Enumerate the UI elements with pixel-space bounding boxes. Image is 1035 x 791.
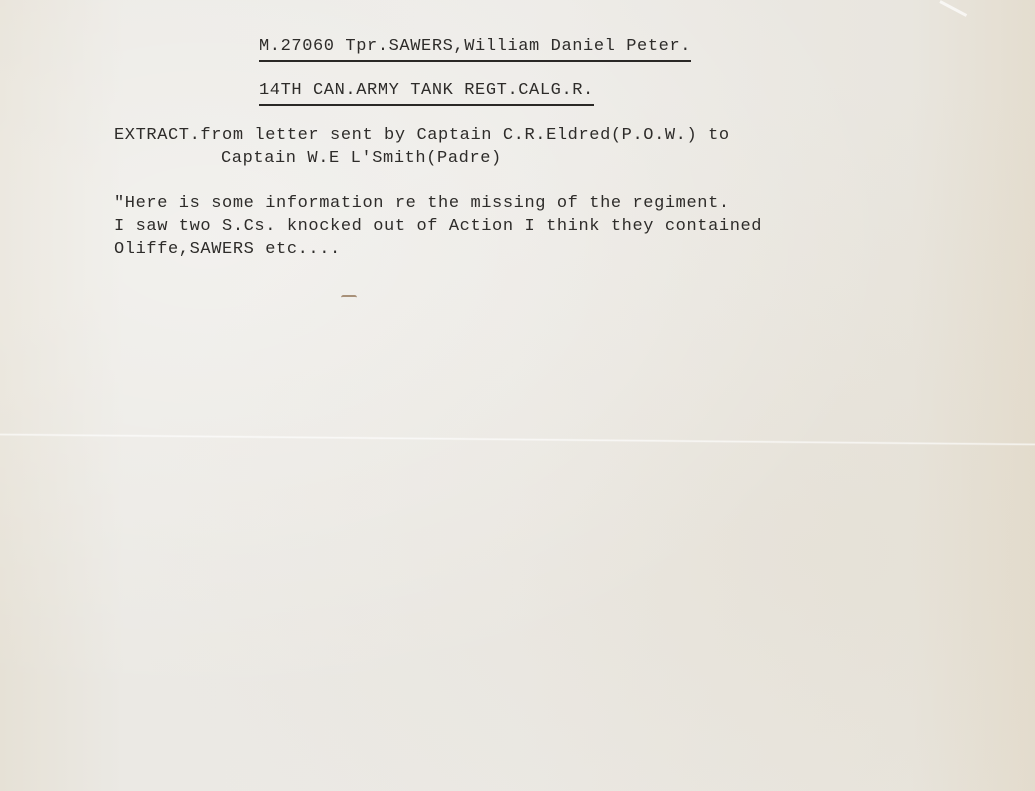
- letter-quote-line-1: "Here is some information re the missing…: [114, 193, 730, 215]
- extract-source-line-1: EXTRACT.from letter sent by Captain C.R.…: [114, 125, 730, 147]
- extract-source-line-2: Captain W.E L'Smith(Padre): [221, 148, 502, 170]
- paper-corner-crease: [939, 0, 967, 17]
- letter-quote-line-3: Oliffe,SAWERS etc....: [114, 239, 341, 261]
- document-page: M.27060 Tpr.SAWERS,William Daniel Peter.…: [0, 0, 1035, 791]
- service-number-and-name-heading: M.27060 Tpr.SAWERS,William Daniel Peter.: [259, 36, 691, 62]
- paper-fold-line: [0, 433, 1035, 446]
- ink-mark: [341, 295, 357, 300]
- letter-quote-line-2: I saw two S.Cs. knocked out of Action I …: [114, 216, 762, 238]
- regiment-heading: 14TH CAN.ARMY TANK REGT.CALG.R.: [259, 80, 594, 106]
